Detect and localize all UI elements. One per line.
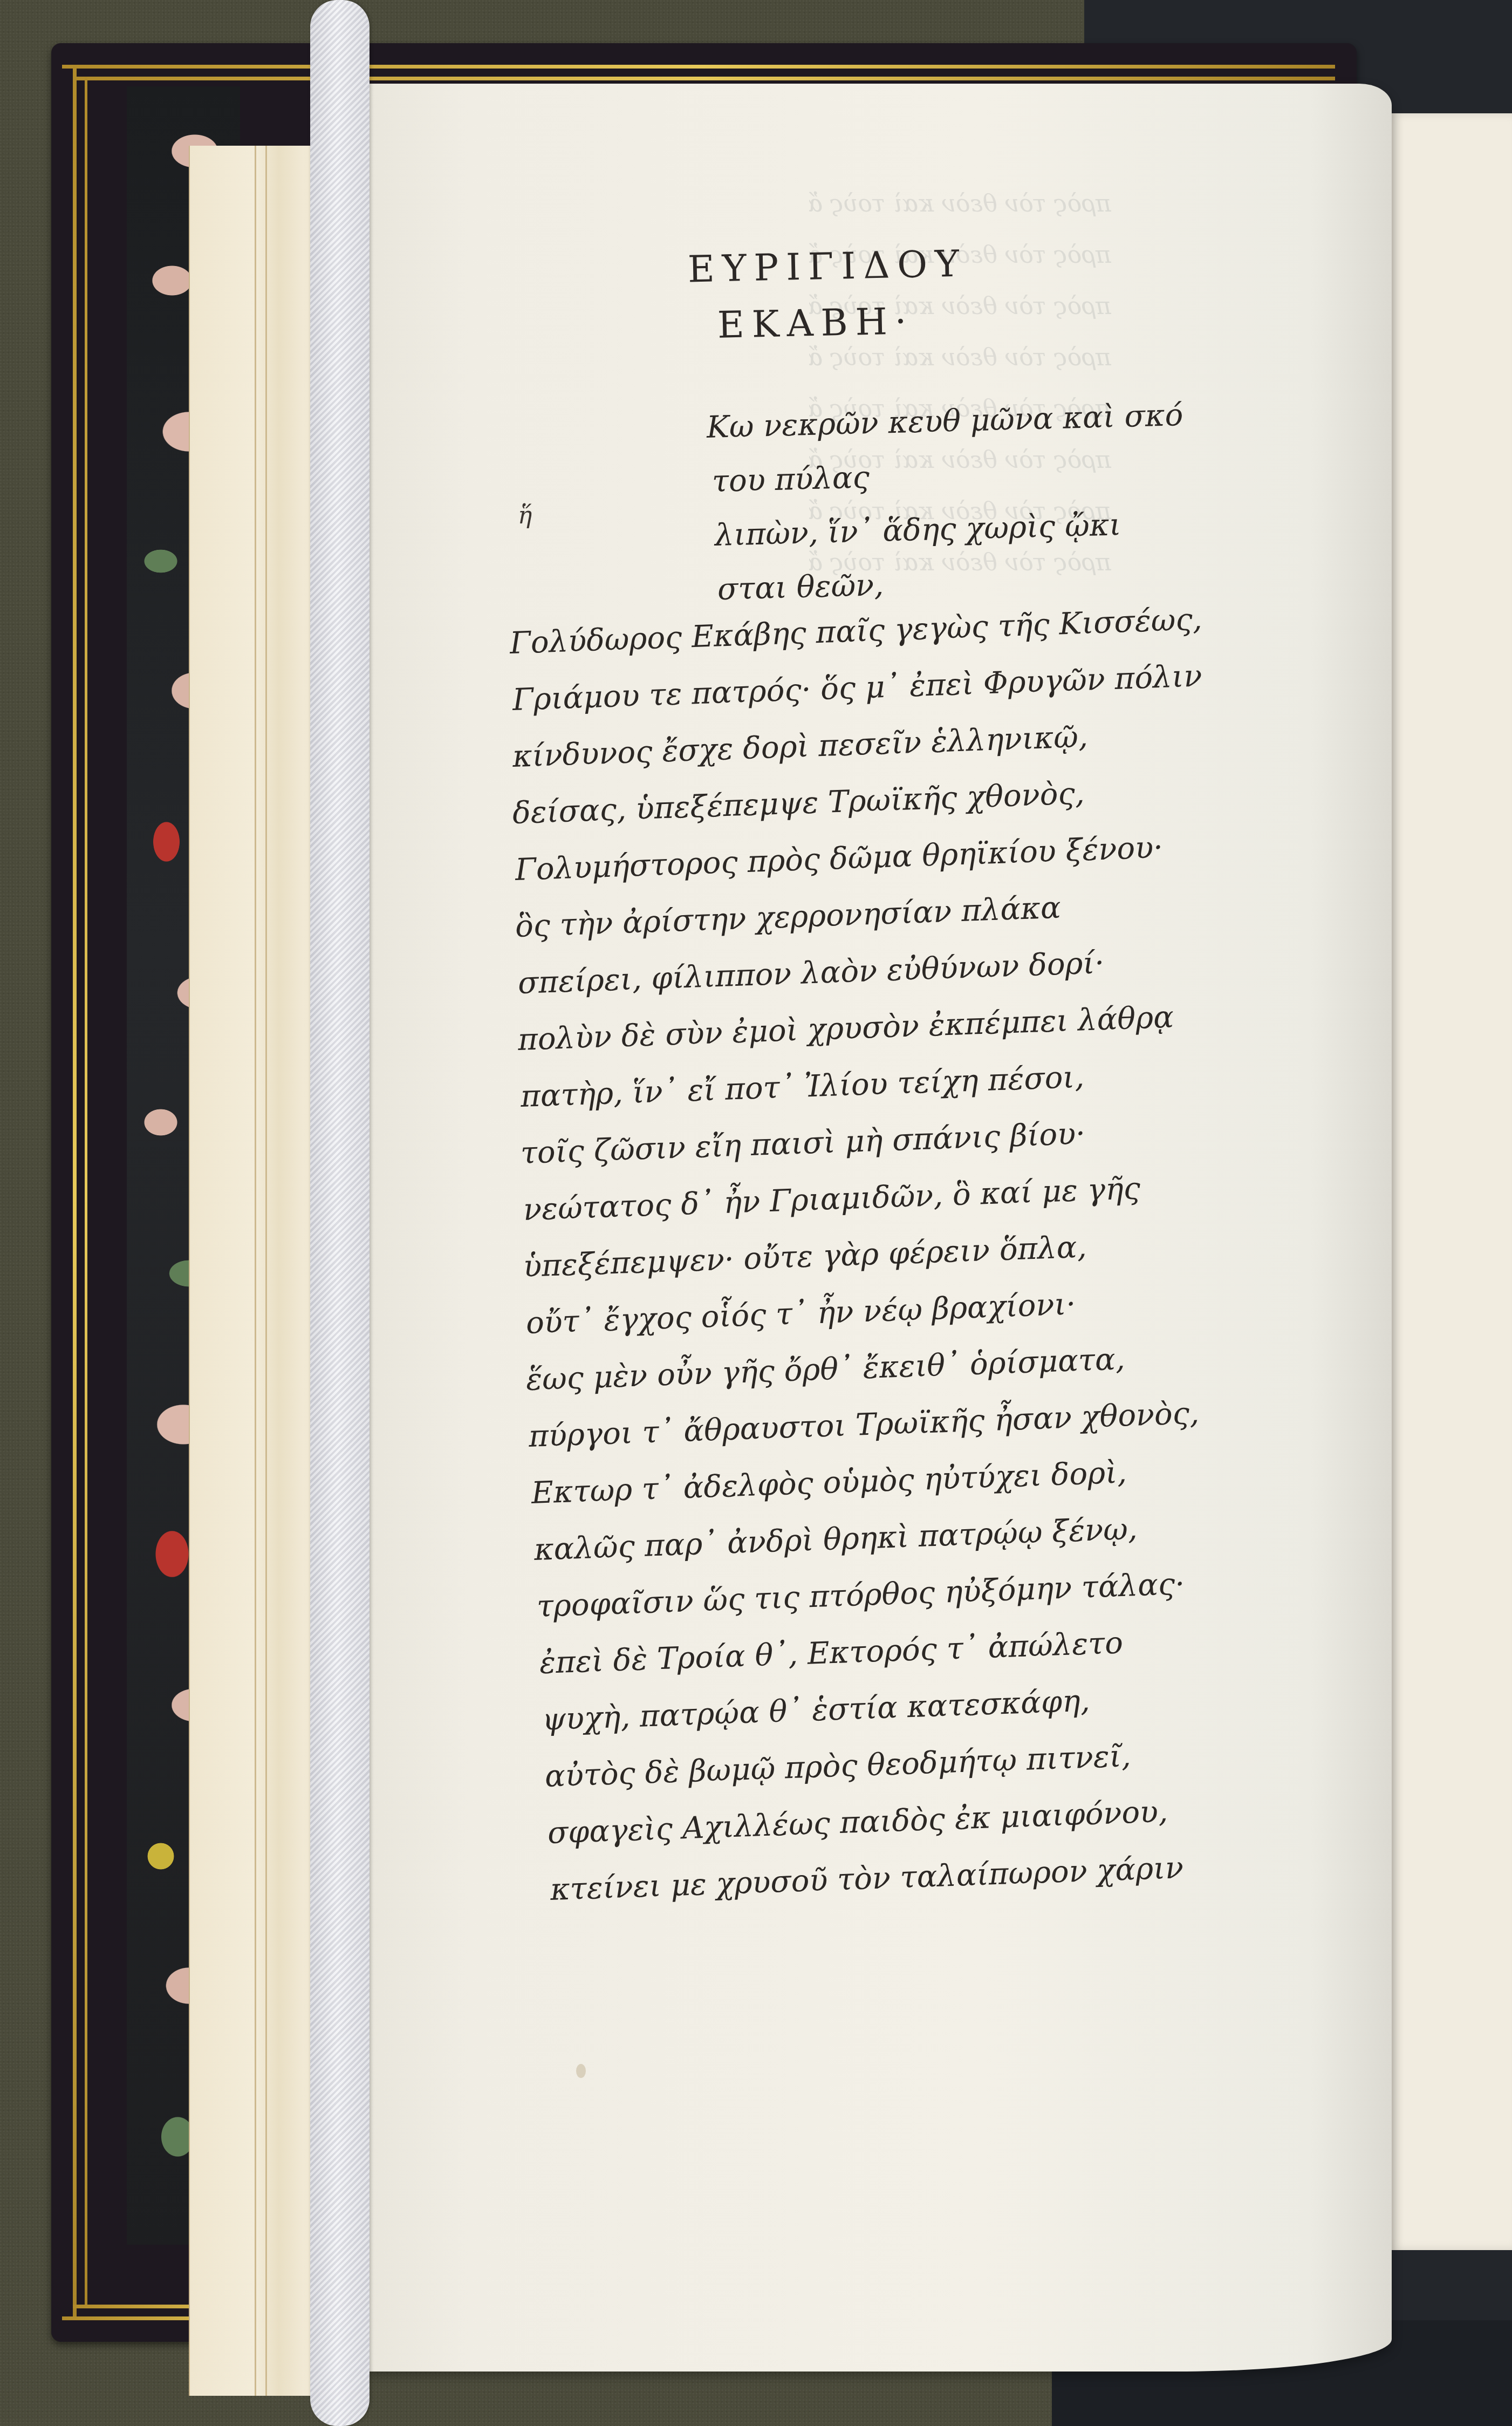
running-title-play: ΕΚΑΒΗ· xyxy=(717,300,914,347)
paper-blemish xyxy=(576,2064,586,2078)
verse-line: του πύλας xyxy=(711,460,870,499)
facing-page-edge xyxy=(1389,113,1512,2250)
verse-line: σται θεῶν, xyxy=(717,568,884,607)
gilt-rule-top-outer xyxy=(62,65,1335,69)
gilt-rule-top-inner xyxy=(73,77,1335,80)
gilt-rule-left-inner xyxy=(85,77,87,2308)
cord-bookmark[interactable] xyxy=(310,0,370,2426)
gilt-rule-left-outer xyxy=(73,65,77,2320)
running-title-author: ΕΥΡΙΓΙΔΟΥ xyxy=(687,243,967,291)
margin-note: ἥ xyxy=(518,502,532,529)
